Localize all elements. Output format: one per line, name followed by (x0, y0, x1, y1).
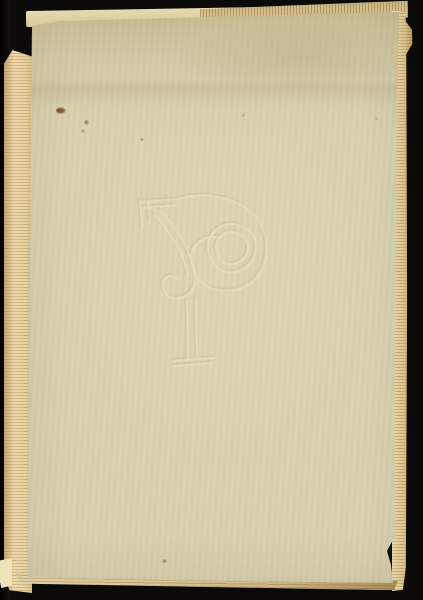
embossed-monogram-p-icon (128, 186, 278, 381)
left-bottom-page-tab (0, 558, 12, 588)
book-scan (0, 0, 423, 600)
foxing-spot (81, 129, 85, 133)
foxing-spot (140, 138, 144, 141)
monogram-shadow-stroke (138, 193, 265, 364)
foxing-spot (375, 117, 378, 120)
left-page-edges (4, 50, 32, 593)
cover-page (0, 0, 423, 600)
foxing-spot (242, 114, 245, 117)
monogram-highlight-stroke (140, 195, 267, 366)
foxing-spot (84, 120, 89, 125)
foxing-spot (162, 559, 167, 563)
foxing-spot (56, 107, 66, 114)
